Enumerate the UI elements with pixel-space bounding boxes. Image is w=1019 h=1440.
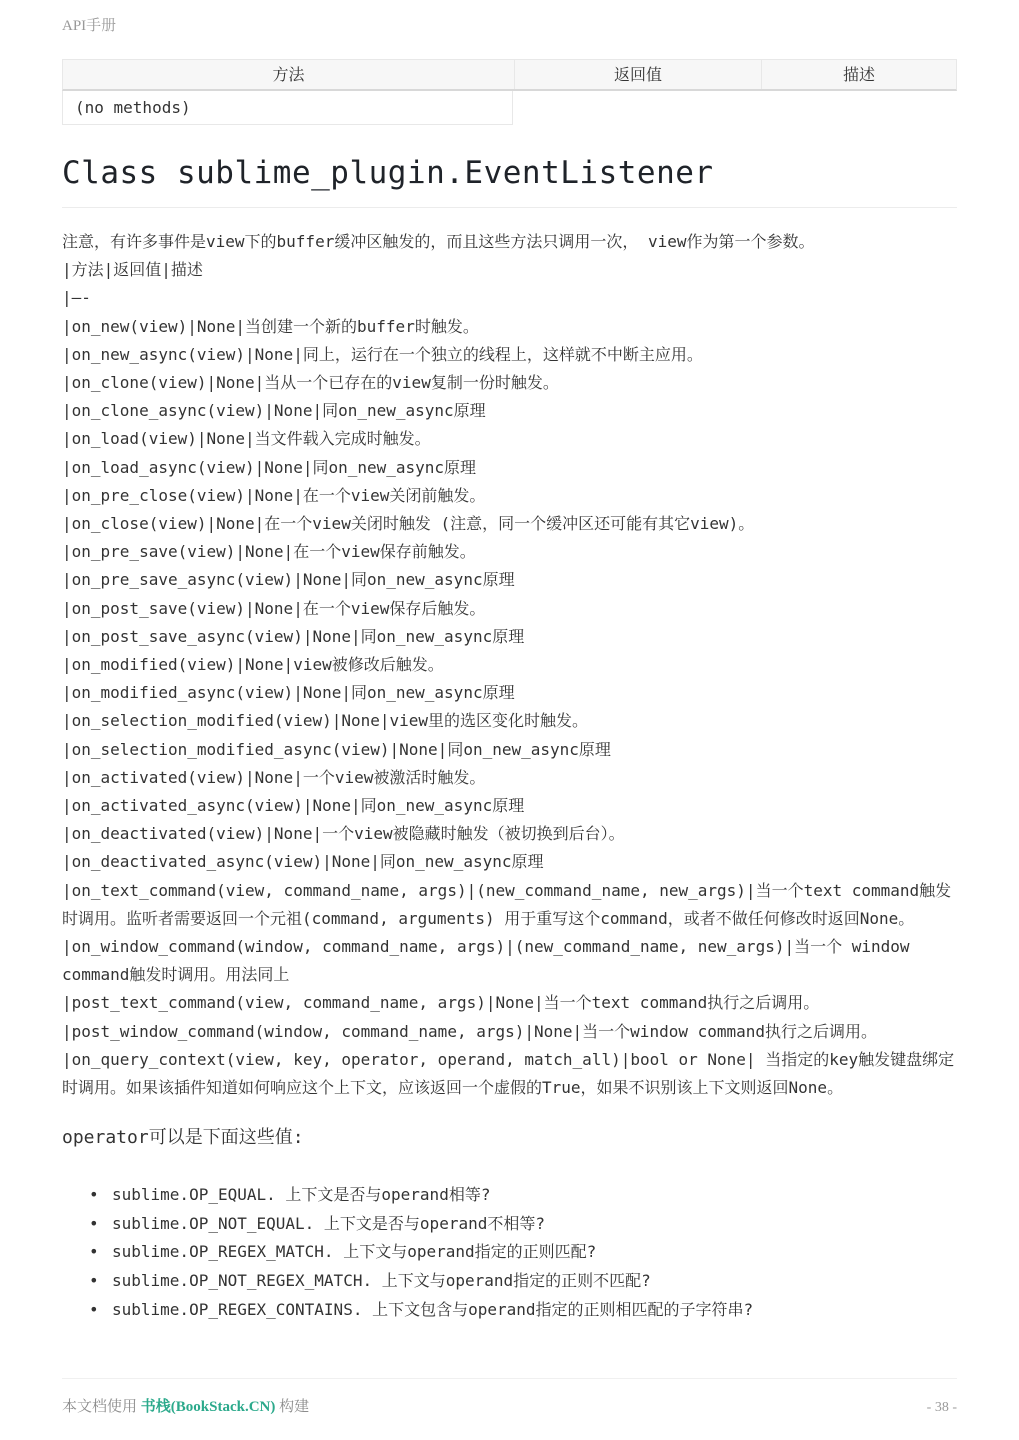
doc-line: |方法|返回值|描述	[62, 256, 957, 284]
table-cell-no-methods: (no methods)	[62, 91, 513, 125]
page-number: - 38 -	[927, 1400, 957, 1416]
list-item: sublime.OP_REGEX_MATCH. 上下文与operand指定的正则…	[62, 1238, 957, 1267]
doc-line: |on_activated(view)|None|一个view被激活时触发。	[62, 764, 957, 792]
doc-line: |on_post_save_async(view)|None|同on_new_a…	[62, 623, 957, 651]
doc-line: |on_modified(view)|None|view被修改后触发。	[62, 651, 957, 679]
doc-line: |on_pre_close(view)|None|在一个view关闭前触发。	[62, 482, 957, 510]
list-item: sublime.OP_EQUAL. 上下文是否与operand相等?	[62, 1181, 957, 1210]
doc-line: |on_selection_modified_async(view)|None|…	[62, 736, 957, 764]
doc-line: |on_new(view)|None|当创建一个新的buffer时触发。	[62, 313, 957, 341]
doc-line: |on_clone(view)|None|当从一个已存在的view复制一份时触发…	[62, 369, 957, 397]
document-page: API手册 方法 返回值 描述 (no methods) Class subli…	[0, 0, 1019, 1440]
doc-line: |on_modified_async(view)|None|同on_new_as…	[62, 679, 957, 707]
methods-table: 方法 返回值 描述 (no methods)	[62, 59, 957, 125]
page-footer: 本文档使用 书栈(BookStack.CN) 构建 - 38 -	[62, 1378, 957, 1416]
operator-values-list: sublime.OP_EQUAL. 上下文是否与operand相等?sublim…	[62, 1181, 957, 1324]
list-item: sublime.OP_REGEX_CONTAINS. 上下文包含与operand…	[62, 1296, 957, 1325]
table-header-method: 方法	[63, 60, 514, 89]
page-title: Class sublime_plugin.EventListener	[62, 155, 957, 191]
bookstack-link[interactable]: 书栈(BookStack.CN)	[141, 1399, 276, 1415]
doc-line: |on_pre_save_async(view)|None|同on_new_as…	[62, 566, 957, 594]
doc-line: |on_deactivated_async(view)|None|同on_new…	[62, 848, 957, 876]
heading-divider	[62, 207, 957, 208]
table-header-description: 描述	[761, 60, 956, 89]
doc-line: |—-	[62, 284, 957, 312]
list-item: sublime.OP_NOT_EQUAL. 上下文是否与operand不相等?	[62, 1210, 957, 1239]
doc-line: |on_deactivated(view)|None|一个view被隐藏时触发（…	[62, 820, 957, 848]
doc-line: |on_window_command(window, command_name,…	[62, 933, 957, 989]
event-listener-description: 注意，有许多事件是view下的buffer缓冲区触发的，而且这些方法只调用一次，…	[62, 228, 957, 1102]
footer-prefix: 本文档使用	[62, 1399, 137, 1415]
doc-line: |on_pre_save(view)|None|在一个view保存前触发。	[62, 538, 957, 566]
doc-line: 注意，有许多事件是view下的buffer缓冲区触发的，而且这些方法只调用一次，…	[62, 228, 957, 256]
doc-line: |post_window_command(window, command_nam…	[62, 1018, 957, 1046]
doc-line: |on_post_save(view)|None|在一个view保存后触发。	[62, 595, 957, 623]
doc-line: |on_text_command(view, command_name, arg…	[62, 877, 957, 933]
doc-line: |on_close(view)|None|在一个view关闭时触发 (注意，同一…	[62, 510, 957, 538]
operator-values-heading: operator可以是下面这些值:	[62, 1124, 957, 1152]
doc-line: |on_new_async(view)|None|同上，运行在一个独立的线程上，…	[62, 341, 957, 369]
doc-line: |on_clone_async(view)|None|同on_new_async…	[62, 397, 957, 425]
built-with-text: 本文档使用 书栈(BookStack.CN) 构建	[62, 1395, 309, 1416]
list-item: sublime.OP_NOT_REGEX_MATCH. 上下文与operand指…	[62, 1267, 957, 1296]
methods-table-header-row: 方法 返回值 描述	[62, 59, 957, 91]
table-row: (no methods)	[62, 91, 957, 125]
footer-suffix: 构建	[279, 1399, 309, 1415]
doc-line: |on_activated_async(view)|None|同on_new_a…	[62, 792, 957, 820]
doc-line: |on_selection_modified(view)|None|view里的…	[62, 707, 957, 735]
table-header-return-value: 返回值	[514, 60, 761, 89]
doc-line: |on_load_async(view)|None|同on_new_async原…	[62, 454, 957, 482]
running-header: API手册	[62, 0, 957, 35]
doc-line: |on_load(view)|None|当文件载入完成时触发。	[62, 425, 957, 453]
doc-line: |post_text_command(view, command_name, a…	[62, 989, 957, 1017]
doc-line: |on_query_context(view, key, operator, o…	[62, 1046, 957, 1102]
